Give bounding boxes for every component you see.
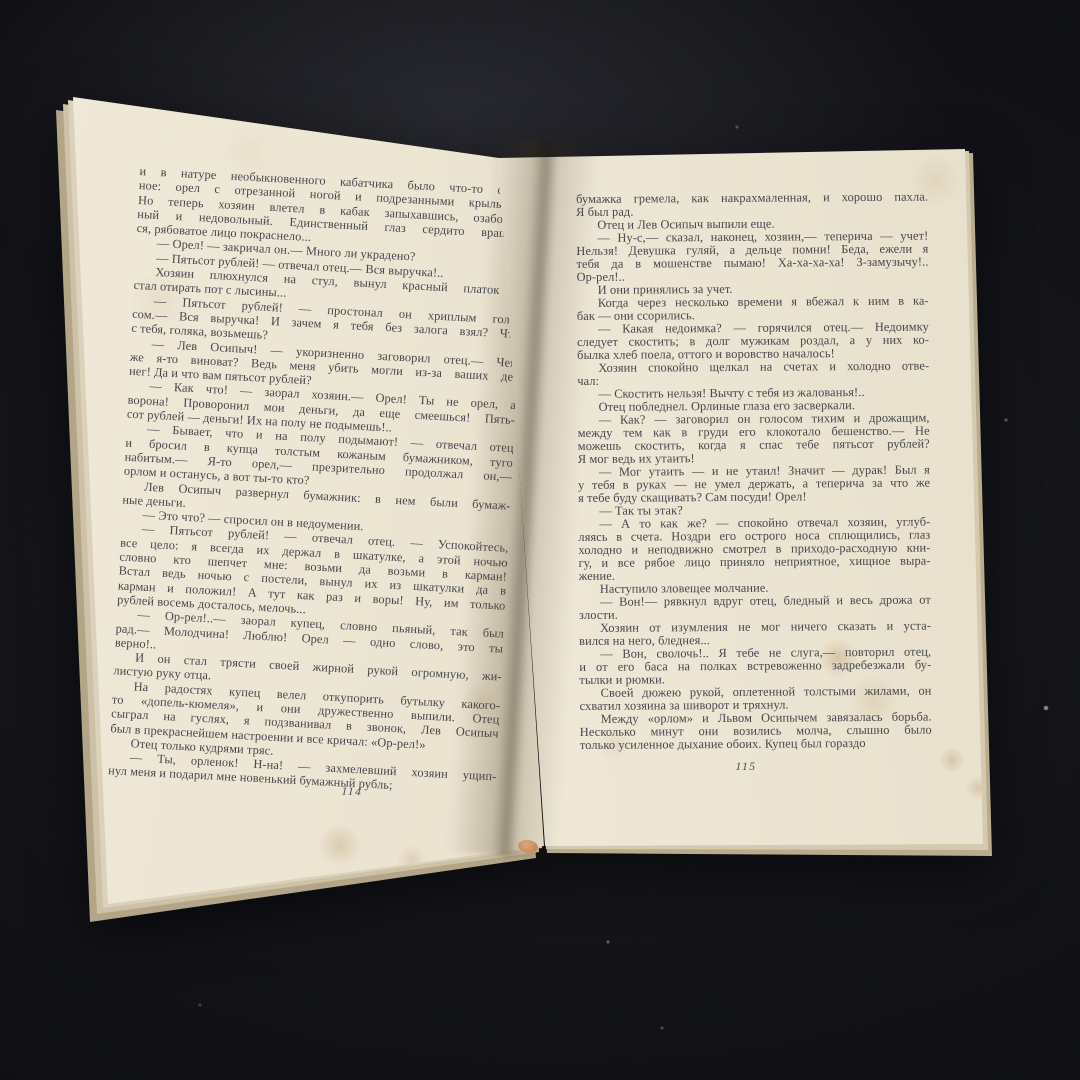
text-line: — Вон!— рявкнул вдруг отец, бледный и ве…: [579, 594, 931, 609]
photo-background: и в натуре необыкновенного кабатчика был…: [0, 0, 1080, 1080]
text-line: Хозяин спокойно щелкал на счетах и холод…: [577, 360, 929, 375]
left-page-number: 114: [322, 784, 383, 799]
text-line: гу, и все рябое лицо приняло неприятное,…: [579, 555, 931, 570]
right-page-number: 115: [716, 761, 776, 773]
open-book: и в натуре необыкновенного кабатчика был…: [0, 0, 1080, 1080]
text-line: тебя да в мошенстве пымаю! Ха-ха-ха-ха! …: [576, 256, 928, 271]
text-line: только усиленное дыхание обоих. Купец бы…: [580, 737, 932, 752]
right-page-text: бумажка гремела, как накрахмаленная, и х…: [576, 191, 932, 752]
